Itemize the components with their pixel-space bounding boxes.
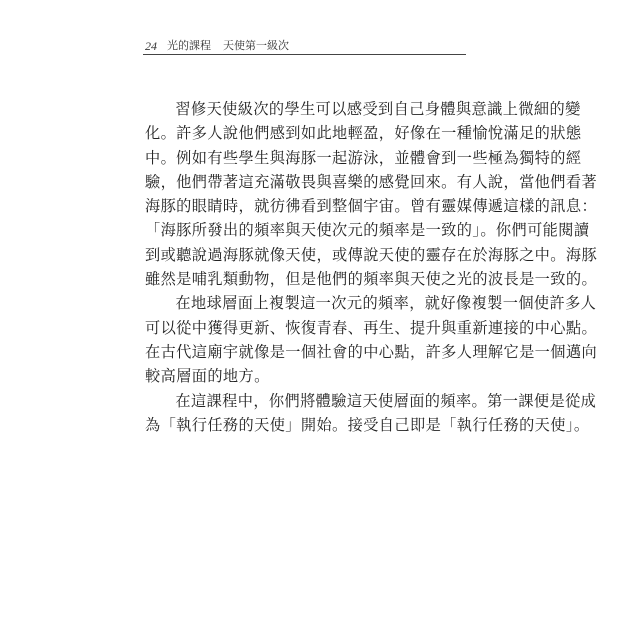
running-header: 24 光的課程天使第一級次: [143, 36, 466, 55]
page-number: 24: [145, 38, 157, 54]
text-line: 可以從中獲得更新、恢復青春、再生、提升與重新連接的中心點。: [145, 316, 465, 340]
text-line: 雖然是哺乳類動物，但是他們的頻率與天使之光的波長是一致的。: [145, 267, 465, 291]
chapter-title: 天使第一級次: [223, 39, 289, 52]
text-line: 中。例如有些學生與海豚一起游泳，並體會到一些極為獨特的經: [145, 146, 465, 170]
text-line: 習修天使級次的學生可以感受到自己身體與意識上微細的變: [145, 97, 465, 121]
text-line: 化。許多人說他們感到如此地輕盈，好像在一種愉悅滿足的狀態: [145, 121, 465, 145]
paragraph-2: 在地球層面上複製這一次元的頻率，就好像複製一個使許多人 可以從中獲得更新、恢復青…: [145, 291, 465, 388]
page-body: 習修天使級次的學生可以感受到自己身體與意識上微細的變 化。許多人說他們感到如此地…: [145, 97, 465, 437]
text-line: 「海豚所發出的頻率與天使次元的頻率是一致的」。你們可能閱讀: [145, 218, 465, 242]
paragraph-1: 習修天使級次的學生可以感受到自己身體與意識上微細的變 化。許多人說他們感到如此地…: [145, 97, 465, 291]
paragraph-3: 在這課程中，你們將體驗這天使層面的頻率。第一課便是從成 為「執行任務的天使」開始…: [145, 389, 465, 438]
text-line: 海豚的眼睛時，就彷彿看到整個宇宙。曾有靈媒傳遞這樣的訊息：: [145, 194, 465, 218]
text-line: 在這課程中，你們將體驗這天使層面的頻率。第一課便是從成: [145, 389, 465, 413]
text-line: 驗，他們帶著這充滿敬畏與喜樂的感覺回來。有人說，當他們看著: [145, 170, 465, 194]
book-title: 光的課程: [167, 39, 211, 52]
text-line: 在地球層面上複製這一次元的頻率，就好像複製一個使許多人: [145, 291, 465, 315]
text-line: 較高層面的地方。: [145, 364, 465, 388]
text-line: 為「執行任務的天使」開始。接受自己即是「執行任務的天使」。: [145, 413, 465, 437]
text-line: 到或聽說過海豚就像天使，或傳說天使的靈存在於海豚之中。海豚: [145, 243, 465, 267]
text-line: 在古代這廟宇就像是一個社會的中心點，許多人理解它是一個邁向: [145, 340, 465, 364]
running-title: 光的課程天使第一級次: [167, 38, 289, 54]
